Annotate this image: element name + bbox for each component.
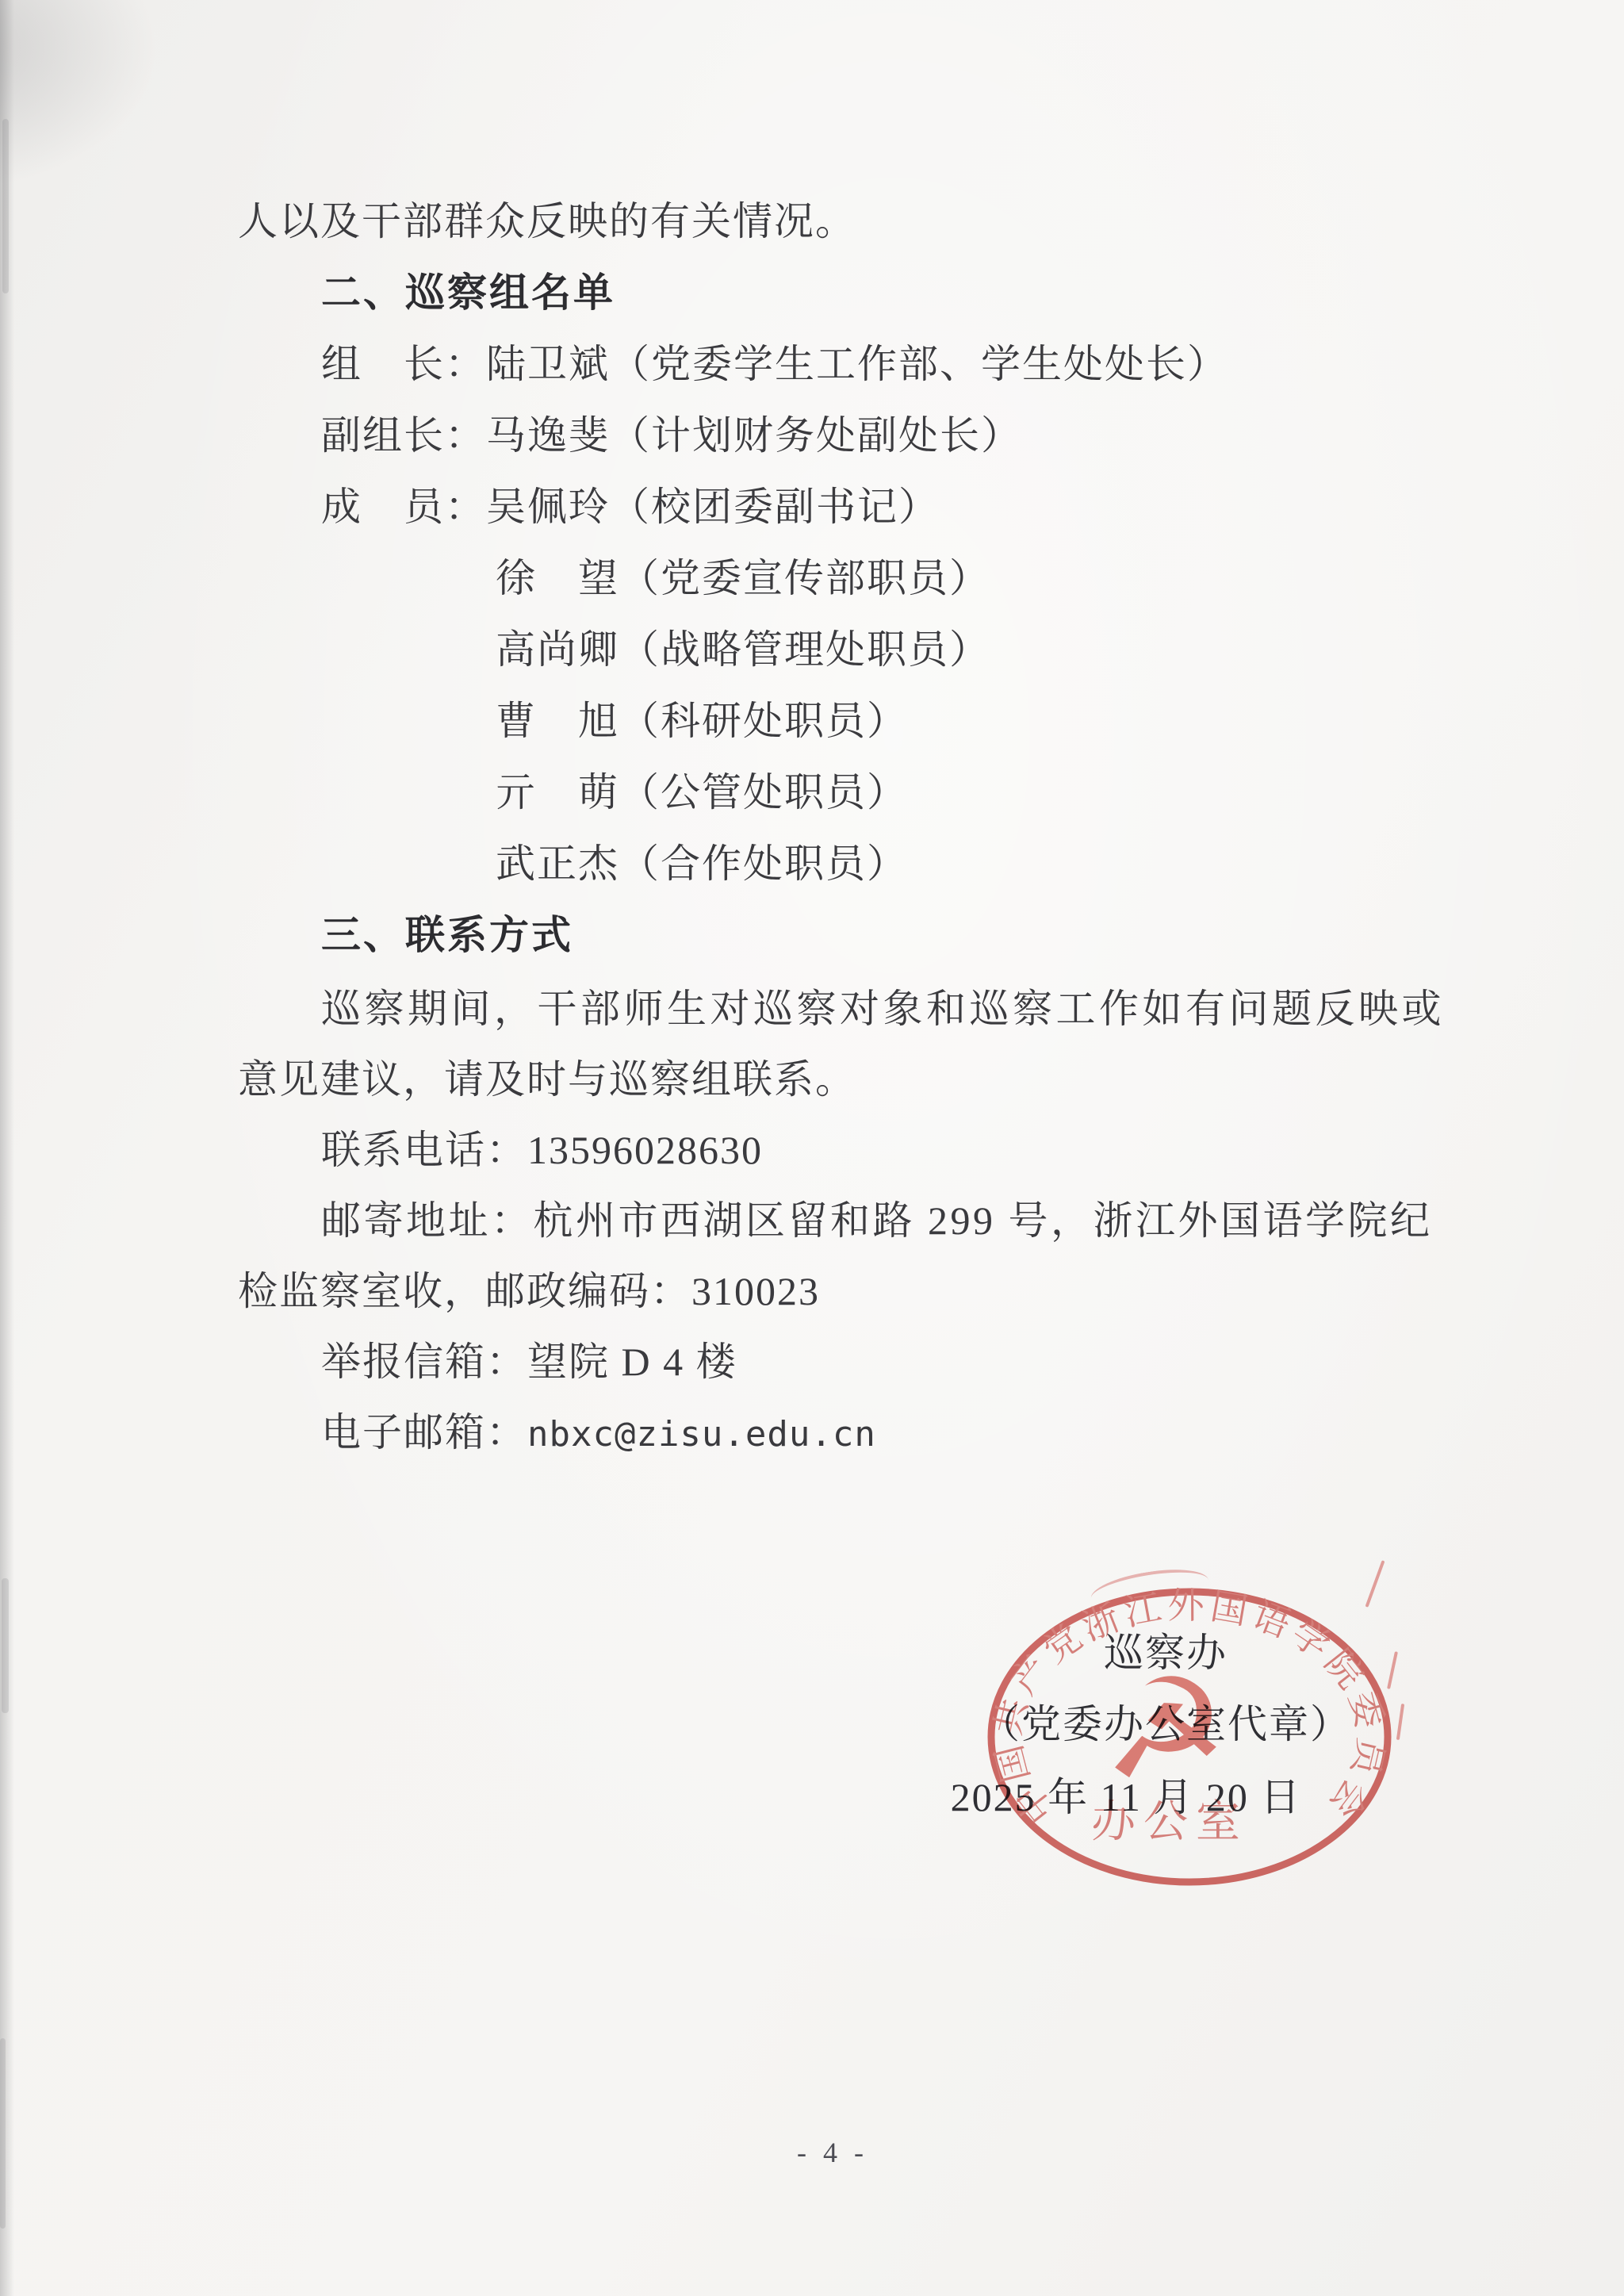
seal-bottom-text: 办公室 — [1091, 1798, 1248, 1847]
address-line1: 邮寄地址：杭州市西湖区留和路 299 号，浙江外国语学院纪 — [238, 1186, 1455, 1256]
hammer-sickle-icon: ☭ — [1104, 1654, 1228, 1807]
continuation-line: 人以及干部群众反映的有关情况。 — [238, 186, 1455, 257]
official-seal: 中国共产党浙江外国语学院委员会 ☭ 办公室 — [979, 1585, 1400, 1890]
team-member-first-line: 成 员：吴佩玲（校团委副书记） — [238, 471, 1455, 542]
document-body-upper: 人以及干部群众反映的有关情况。 二、巡察组名单 组 长：陆卫斌（党委学生工作部、… — [238, 186, 1455, 971]
team-member-line: 武正杰（合作处职员） — [238, 828, 1455, 899]
email-line: 电子邮箱：nbxc@zisu.edu.cn — [238, 1397, 1455, 1468]
section-heading-contact: 三、联系方式 — [238, 899, 1455, 971]
scan-streak — [0, 2038, 6, 2229]
phone-line: 联系电话：13596028630 — [238, 1115, 1455, 1186]
contact-paragraph-line1: 巡察期间，干部师生对巡察对象和巡察工作如有问题反映或 — [238, 974, 1455, 1045]
address-line2: 检监察室收，邮政编码：310023 — [238, 1256, 1455, 1327]
mailbox-line: 举报信箱：望院 D 4 楼 — [238, 1327, 1455, 1397]
scan-edge-shadow — [0, 0, 14, 2296]
phone-value: 13596028630 — [527, 1128, 763, 1172]
section-heading-team-list: 二、巡察组名单 — [238, 257, 1455, 328]
team-deputy-line: 副组长：马逸斐（计划财务处副处长） — [238, 400, 1455, 471]
scan-corner-shadow — [0, 0, 159, 190]
team-member-line: 徐 望（党委宣传部职员） — [238, 542, 1455, 614]
email-value: nbxc@zisu.edu.cn — [527, 1414, 876, 1455]
contact-paragraph-line2: 意见建议，请及时与巡察组联系。 — [238, 1045, 1455, 1115]
team-member-line: 亓 萌（公管处职员） — [238, 757, 1455, 828]
scan-streak — [2, 1578, 9, 1713]
page-number: - 4 - — [714, 2135, 952, 2170]
scanned-document-page: 人以及干部群众反映的有关情况。 二、巡察组名单 组 长：陆卫斌（党委学生工作部、… — [0, 0, 1624, 2296]
mailbox-value: 望院 D 4 楼 — [527, 1340, 737, 1384]
team-leader-line: 组 长：陆卫斌（党委学生工作部、学生处处长） — [238, 328, 1455, 400]
mailbox-label: 举报信箱： — [321, 1340, 527, 1384]
team-member-line: 曹 旭（科研处职员） — [238, 685, 1455, 757]
scan-streak — [2, 119, 9, 293]
team-member-line: 高尚卿（战略管理处职员） — [238, 614, 1455, 685]
phone-label: 联系电话： — [321, 1128, 527, 1172]
email-label: 电子邮箱： — [321, 1410, 527, 1455]
document-body-lower: 巡察期间，干部师生对巡察对象和巡察工作如有问题反映或 意见建议，请及时与巡察组联… — [238, 974, 1455, 1468]
